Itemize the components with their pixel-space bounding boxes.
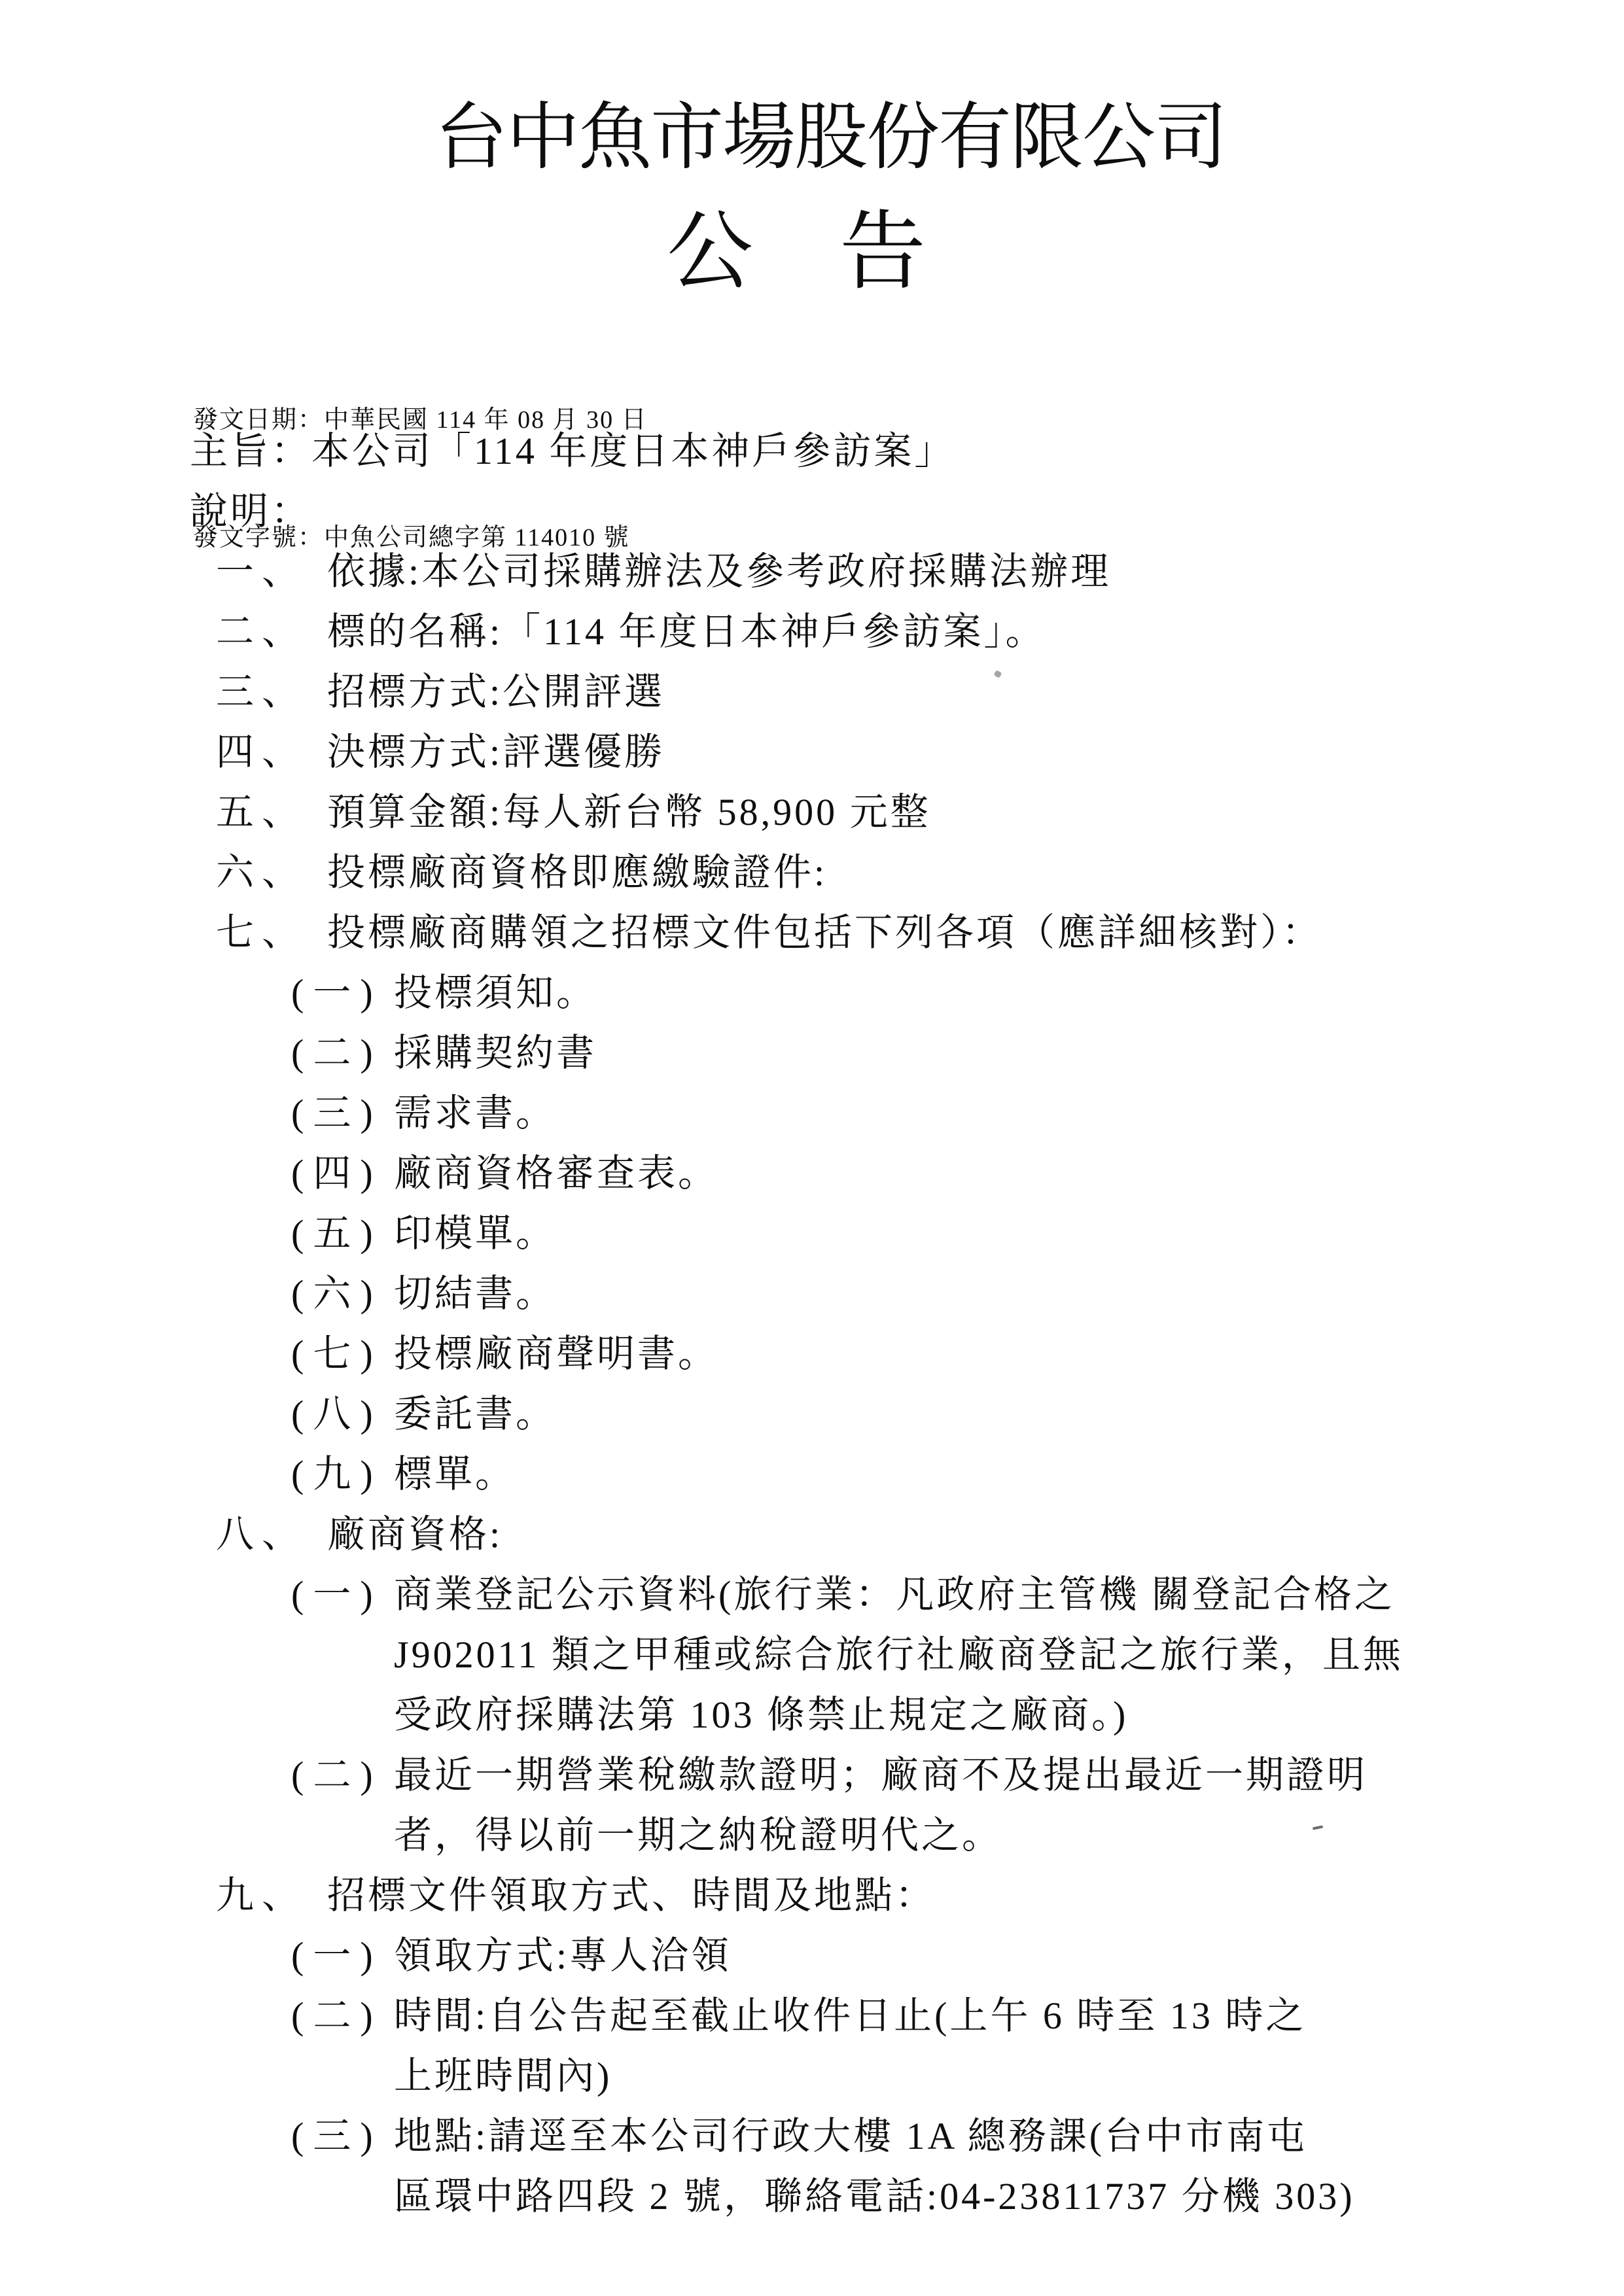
list-item-line: 七、投標廠商購領之招標文件包括下列各項（應詳細核對）： [0, 903, 1624, 963]
line-text: 投標須知。 [394, 971, 597, 1014]
line-marker: (一) [291, 963, 394, 1023]
line-marker: 六、 [216, 843, 327, 903]
line-text: J902011 類之甲種或綜合旅行社廠商登記之旅行業，且無 [394, 1633, 1403, 1676]
document-body: 主旨：本公司「114 年度日本神戶參訪案」說明：一、依據:本公司採購辦法及參考政… [0, 421, 1624, 2227]
line-text: 委託書。 [394, 1393, 556, 1435]
continuation-line: 上班時間內) [0, 2046, 1624, 2106]
line-text: 印模單。 [394, 1212, 556, 1255]
line-marker: 三、 [216, 662, 327, 722]
list-item-line: (二)採購契約書 [0, 1023, 1624, 1083]
line-text: 地點:請逕至本公司行政大樓 1A 總務課(台中市南屯 [394, 2115, 1307, 2157]
line-text: 商業登記公示資料(旅行業：凡政府主管機 關登記合格之 [394, 1573, 1395, 1616]
line-text: 決標方式:評選優勝 [327, 731, 665, 773]
line-text: 投標廠商資格即應繳驗證件: [327, 851, 827, 894]
list-item-line: (一)領取方式:專人洽領 [0, 1926, 1624, 1986]
list-item-line: (八)委託書。 [0, 1384, 1624, 1444]
list-item-line: 五、預算金額:每人新台幣 58,900 元整 [0, 782, 1624, 843]
line-marker: (五) [291, 1204, 394, 1264]
line-marker: (一) [291, 1565, 394, 1625]
list-item-line: 四、決標方式:評選優勝 [0, 722, 1624, 782]
line-marker: (二) [291, 1986, 394, 2046]
list-item-line: (五)印模單。 [0, 1204, 1624, 1264]
line-text: 招標文件領取方式、時間及地點： [327, 1874, 936, 1917]
list-item-line: 二、標的名稱:「114 年度日本神戶參訪案」。 [0, 602, 1624, 662]
line-marker: 七、 [216, 903, 327, 963]
line-marker: 九、 [216, 1866, 327, 1926]
line-marker: 八、 [216, 1505, 327, 1565]
line-marker: (二) [291, 1023, 394, 1083]
line-marker: 四、 [216, 722, 327, 782]
list-item-line: (一)投標須知。 [0, 963, 1624, 1023]
line-text: 依據:本公司採購辦法及參考政府採購法辦理 [327, 550, 1111, 593]
line-marker: (四) [291, 1143, 394, 1204]
field-line: 主旨：本公司「114 年度日本神戶參訪案」 [0, 421, 1624, 481]
continuation-line: 者，得以前一期之納稅證明代之。 [0, 1805, 1624, 1866]
line-text: 切結書。 [394, 1272, 556, 1315]
line-marker: (八) [291, 1384, 394, 1444]
line-text: 需求書。 [394, 1092, 556, 1134]
continuation-line: 受政府採購法第 103 條禁止規定之廠商。) [0, 1685, 1624, 1745]
list-item-line: 三、招標方式:公開評選 [0, 662, 1624, 722]
line-text: 最近一期營業稅繳款證明；廠商不及提出最近一期證明 [394, 1754, 1368, 1796]
line-marker: (七) [291, 1324, 394, 1384]
list-item-line: (三)需求書。 [0, 1083, 1624, 1143]
line-marker: (一) [291, 1926, 394, 1986]
line-marker: (二) [291, 1745, 394, 1805]
list-item-line: 八、廠商資格: [0, 1505, 1624, 1565]
field-line: 說明： [0, 481, 1624, 542]
line-marker: (六) [291, 1264, 394, 1324]
line-marker: 一、 [216, 542, 327, 602]
line-marker: 主旨： [190, 430, 311, 472]
line-text: 本公司「114 年度日本神戶參訪案」 [311, 430, 955, 472]
line-text: 上班時間內) [394, 2055, 612, 2097]
line-text: 預算金額:每人新台幣 58,900 元整 [327, 791, 931, 833]
line-marker: (三) [291, 2106, 394, 2166]
list-item-line: (三)地點:請逕至本公司行政大樓 1A 總務課(台中市南屯 [0, 2106, 1624, 2166]
list-item-line: (二)最近一期營業稅繳款證明；廠商不及提出最近一期證明 [0, 1745, 1624, 1805]
line-text: 區環中路四段 2 號，聯絡電話:04-23811737 分機 303) [394, 2175, 1355, 2218]
line-text: 採購契約書 [394, 1032, 597, 1074]
continuation-line: 區環中路四段 2 號，聯絡電話:04-23811737 分機 303) [0, 2166, 1624, 2227]
list-item-line: 六、投標廠商資格即應繳驗證件: [0, 843, 1624, 903]
line-text: 投標廠商購領之招標文件包括下列各項（應詳細核對）： [327, 911, 1322, 954]
list-item-line: (四)廠商資格審查表。 [0, 1143, 1624, 1204]
line-marker: (九) [291, 1444, 394, 1505]
line-text: 標的名稱:「114 年度日本神戶參訪案」。 [327, 610, 1046, 653]
line-text: 投標廠商聲明書。 [394, 1332, 718, 1375]
line-text: 標單。 [394, 1453, 516, 1495]
line-marker: 二、 [216, 602, 327, 662]
list-item-line: (一)商業登記公示資料(旅行業：凡政府主管機 關登記合格之 [0, 1565, 1624, 1625]
line-text: 招標方式:公開評選 [327, 670, 665, 713]
announcement-document: 台中魚市場股份有限公司 公 告 發文日期：中華民國 114 年 08 月 30 … [0, 0, 1624, 2296]
line-text: 領取方式:專人洽領 [394, 1934, 732, 1977]
list-item-line: (六)切結書。 [0, 1264, 1624, 1324]
line-text: 時間:自公告起至截止收件日止(上午 6 時至 13 時之 [394, 1994, 1306, 2037]
list-item-line: (二)時間:自公告起至截止收件日止(上午 6 時至 13 時之 [0, 1986, 1624, 2046]
continuation-line: J902011 類之甲種或綜合旅行社廠商登記之旅行業，且無 [0, 1625, 1624, 1685]
line-text: 廠商資格審查表。 [394, 1152, 718, 1194]
list-item-line: (九)標單。 [0, 1444, 1624, 1505]
company-name: 台中魚市場股份有限公司 [0, 78, 1624, 184]
list-item-line: 一、依據:本公司採購辦法及參考政府採購法辦理 [0, 542, 1624, 602]
announcement-title: 公 告 [0, 182, 1624, 306]
list-item-line: 九、招標文件領取方式、時間及地點： [0, 1866, 1624, 1926]
line-text: 廠商資格: [327, 1513, 503, 1556]
line-text: 受政府採購法第 103 條禁止規定之廠商。) [394, 1694, 1128, 1736]
line-marker: (三) [291, 1083, 394, 1143]
line-text: 者，得以前一期之納稅證明代之。 [394, 1814, 1002, 1856]
line-marker: 說明： [190, 490, 311, 532]
list-item-line: (七)投標廠商聲明書。 [0, 1324, 1624, 1384]
line-marker: 五、 [216, 782, 327, 843]
